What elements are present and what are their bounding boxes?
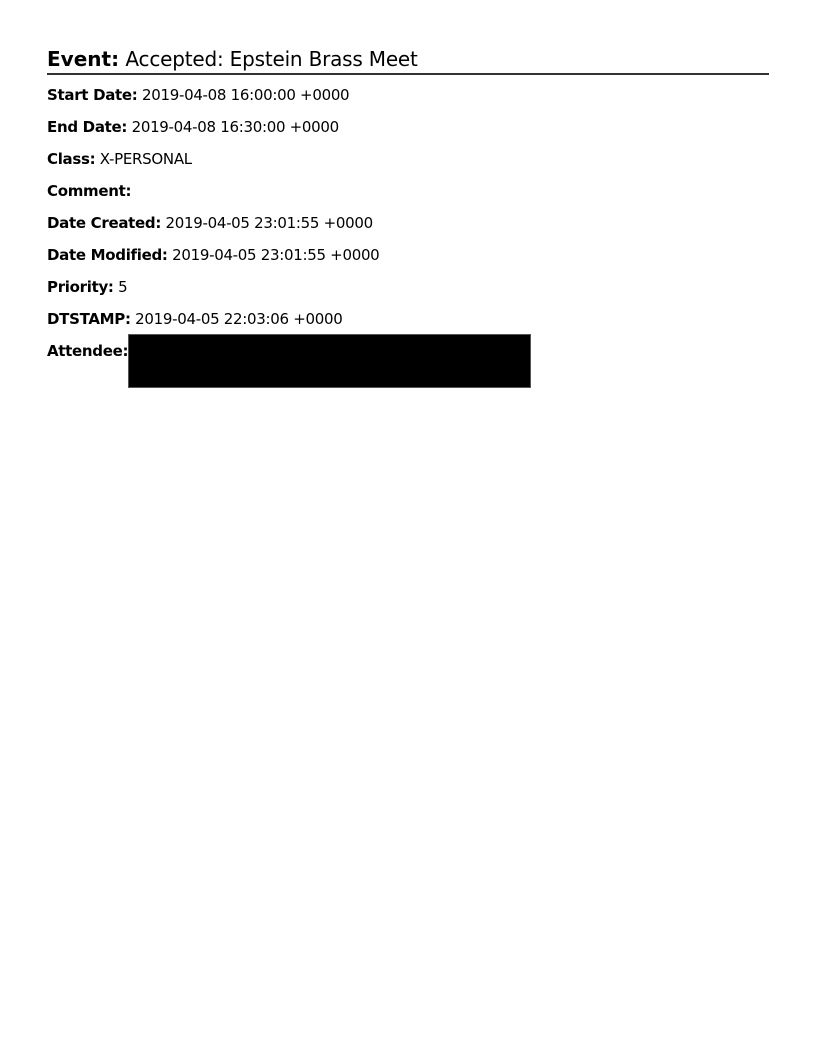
- event-label: Event:: [47, 47, 119, 71]
- field-value: 2019-04-05 23:01:55 +0000: [166, 214, 373, 232]
- field-label: Attendee:: [47, 342, 128, 360]
- field-attendee: Attendee:: [47, 341, 769, 401]
- field-end-date: End Date: 2019-04-08 16:30:00 +0000: [47, 117, 769, 149]
- event-title: Event: Accepted: Epstein Brass Meet: [47, 46, 769, 75]
- field-value: 2019-04-05 22:03:06 +0000: [135, 310, 342, 328]
- field-priority: Priority: 5: [47, 277, 769, 309]
- field-label: DTSTAMP:: [47, 310, 131, 328]
- field-value: 5: [118, 278, 127, 296]
- field-class: Class: X-PERSONAL: [47, 149, 769, 181]
- field-label: Date Created:: [47, 214, 161, 232]
- field-label: Date Modified:: [47, 246, 168, 264]
- field-label: Comment:: [47, 182, 131, 200]
- field-start-date: Start Date: 2019-04-08 16:00:00 +0000: [47, 85, 769, 117]
- field-label: End Date:: [47, 118, 127, 136]
- field-comment: Comment:: [47, 181, 769, 213]
- redaction-box: [128, 334, 531, 388]
- field-date-modified: Date Modified: 2019-04-05 23:01:55 +0000: [47, 245, 769, 277]
- field-value: 2019-04-08 16:00:00 +0000: [142, 86, 349, 104]
- field-label: Start Date:: [47, 86, 138, 104]
- field-value: 2019-04-08 16:30:00 +0000: [132, 118, 339, 136]
- event-document: Event: Accepted: Epstein Brass Meet Star…: [47, 46, 769, 401]
- field-label: Class:: [47, 150, 95, 168]
- field-date-created: Date Created: 2019-04-05 23:01:55 +0000: [47, 213, 769, 245]
- field-value: 2019-04-05 23:01:55 +0000: [172, 246, 379, 264]
- field-label: Priority:: [47, 278, 114, 296]
- field-value: X-PERSONAL: [100, 150, 192, 168]
- event-value: Accepted: Epstein Brass Meet: [125, 47, 417, 71]
